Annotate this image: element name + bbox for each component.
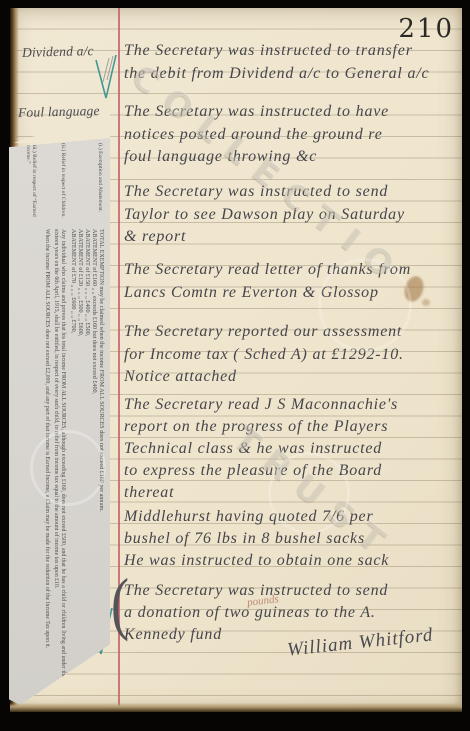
entry-line: The Secretary read letter of thanks from	[124, 259, 411, 282]
entry-line: Lancs Comtn re Everton & Glossop	[124, 282, 411, 305]
entry-line: The Secretary was instructed to transfer	[124, 40, 429, 63]
slip-label-exemption: (i.) Exemption and Abatement.	[97, 143, 103, 223]
entry-line: The Secretary was instructed to send	[124, 181, 405, 204]
minute-entry: The Secretary read J S Maconnachie's rep…	[124, 394, 398, 504]
slip-abatement-row: ABATEMENT of £70 „ „ „ £600 „ „ £700,	[69, 229, 76, 694]
entry-line: to express the pleasure of the Board	[124, 460, 398, 482]
minute-entry: The Secretary was instructed to have not…	[124, 101, 389, 169]
entry-line: Taylor to see Dawson play on Saturday	[124, 204, 405, 227]
slip-abatement-row: ABATEMENT of £150 „ „ „ £400 „ „ £500,	[83, 229, 90, 694]
page-bottom-edge	[10, 703, 462, 712]
margin-note-foul-language: Foul language	[18, 103, 100, 121]
minute-book-photo: 210 Dividend a/c Foul language The Secre…	[0, 0, 470, 731]
entry-line: The Secretary reported our assessment	[124, 321, 404, 344]
check-tick-icon	[92, 52, 120, 104]
slip-rotated-text: (i.) Exemption and Abatement. (ii.) Reli…	[11, 141, 106, 699]
entry-line: Middlehurst having quoted 7/6 per	[124, 506, 389, 528]
entry-line: the debit from Dividend a/c to General a…	[124, 63, 429, 86]
pasted-tax-slip: (i.) Exemption and Abatement. (ii.) Reli…	[9, 138, 110, 705]
margin-note-dividend: Dividend a/c	[22, 43, 94, 61]
entry-line: for Income tax ( Sched A) at £1292-10.	[124, 344, 404, 367]
entry-line: foul language throwing &c	[124, 146, 389, 169]
slip-abatement-row: ABATEMENT of £160 „ „ exceeds £160 but d…	[90, 229, 97, 694]
entry-line: & report	[124, 226, 405, 249]
slip-paragraph-earned-income: When the income FROM ALL SOURCES does no…	[43, 229, 50, 694]
entry-line: Technical class & he was instructed	[124, 438, 398, 460]
entry-line: report on the progress of the Players	[124, 416, 398, 438]
slip-label-children: (ii.) Relief in respect of Children.	[60, 143, 66, 223]
minute-entry: The Secretary was instructed to send Tay…	[124, 181, 405, 249]
ink-stain	[422, 299, 430, 306]
minute-entry: The Secretary read letter of thanks from…	[124, 259, 411, 304]
entry-line: bushel of 76 lbs in 8 bushel sacks	[124, 528, 389, 550]
entry-line: Notice attached	[124, 366, 404, 389]
slip-abatement-row: ABATEMENT of £120 „ „ „ £500 „ „ £600,	[76, 229, 83, 694]
slip-paragraph-children: Any individual who claims and proves tha…	[53, 229, 66, 694]
slip-body-text: TOTAL EXEMPTION may be claimed when the …	[43, 229, 104, 694]
slip-heading: TOTAL EXEMPTION may be claimed when the …	[97, 229, 104, 694]
entry-line: notices posted around the ground re	[124, 124, 389, 147]
entry-line: He was instructed to obtain one sack	[124, 550, 389, 572]
entry-line: The Secretary was instructed to have	[124, 101, 389, 124]
minute-entry: Middlehurst having quoted 7/6 per bushel…	[124, 506, 389, 572]
entry-line: thereat	[124, 482, 398, 504]
entry-line: The Secretary read J S Maconnachie's	[124, 394, 398, 416]
minute-entry: The Secretary reported our assessment fo…	[124, 321, 404, 389]
slip-label-earned-income: (iii.) Relief in respect of “Earned Inco…	[24, 143, 37, 223]
minute-entry: The Secretary was instructed to transfer…	[124, 40, 429, 85]
